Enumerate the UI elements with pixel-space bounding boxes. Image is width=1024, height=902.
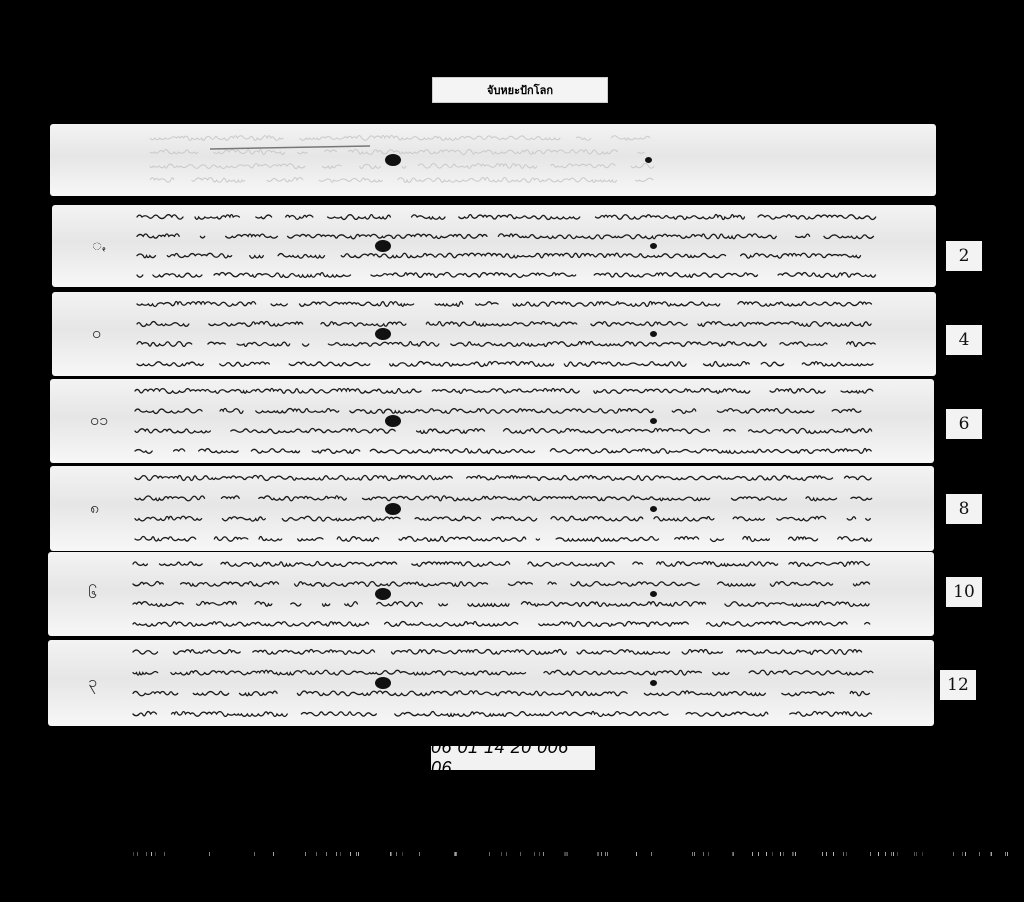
- palm-leaf-leaf-6: ၃: [48, 640, 934, 726]
- binding-hole-small: [650, 418, 657, 424]
- palm-leaf-leaf-2: ၀: [52, 292, 936, 376]
- manuscript-text-lines: [52, 205, 936, 287]
- binding-hole: [375, 677, 391, 689]
- binding-hole: [385, 154, 401, 166]
- binding-hole-small: [650, 331, 657, 337]
- folio-numeral: ၆: [88, 582, 97, 606]
- catalog-number-label: 06 01 14 20 006 06: [431, 746, 595, 770]
- page-number-tag: 10: [946, 577, 982, 607]
- binding-hole-small: [650, 243, 657, 249]
- binding-hole: [375, 588, 391, 600]
- palm-leaf-leaf-5: ၆: [48, 552, 934, 636]
- page-number-tag: 6: [946, 409, 982, 439]
- manuscript-text-lines: [52, 292, 936, 376]
- folio-numeral: ၀: [92, 322, 101, 346]
- folio-numeral: ꩻ: [92, 234, 106, 258]
- folio-numeral: ၈: [90, 497, 99, 521]
- palm-leaf-leaf-1: ꩻ: [52, 205, 936, 287]
- manuscript-text-lines: [48, 552, 934, 636]
- manuscript-text-lines: [50, 379, 934, 463]
- binding-hole-small: [650, 680, 657, 686]
- manuscript-text-lines: [48, 640, 934, 726]
- binding-hole: [375, 328, 391, 340]
- page-number-tag: 4: [946, 325, 982, 355]
- manuscript-text-lines: [50, 466, 934, 551]
- binding-hole-small: [645, 157, 652, 163]
- binding-hole: [385, 415, 401, 427]
- manuscript-text-lines: [50, 124, 936, 196]
- palm-leaf-leaf-3: ၀၁: [50, 379, 934, 463]
- palm-leaf-cover: [50, 124, 936, 196]
- binding-hole: [385, 503, 401, 515]
- binding-hole-small: [650, 506, 657, 512]
- scan-edge-noise: [0, 852, 1024, 856]
- folio-numeral: ၃: [88, 671, 97, 695]
- manuscript-title-label: จับหยะป้กโลก: [432, 77, 608, 103]
- binding-hole: [375, 240, 391, 252]
- binding-hole-small: [650, 591, 657, 597]
- palm-leaf-leaf-4: ၈: [50, 466, 934, 551]
- page-number-tag: 12: [940, 670, 976, 700]
- page-number-tag: 8: [946, 494, 982, 524]
- folio-numeral: ၀၁: [90, 409, 108, 433]
- page-number-tag: 2: [946, 241, 982, 271]
